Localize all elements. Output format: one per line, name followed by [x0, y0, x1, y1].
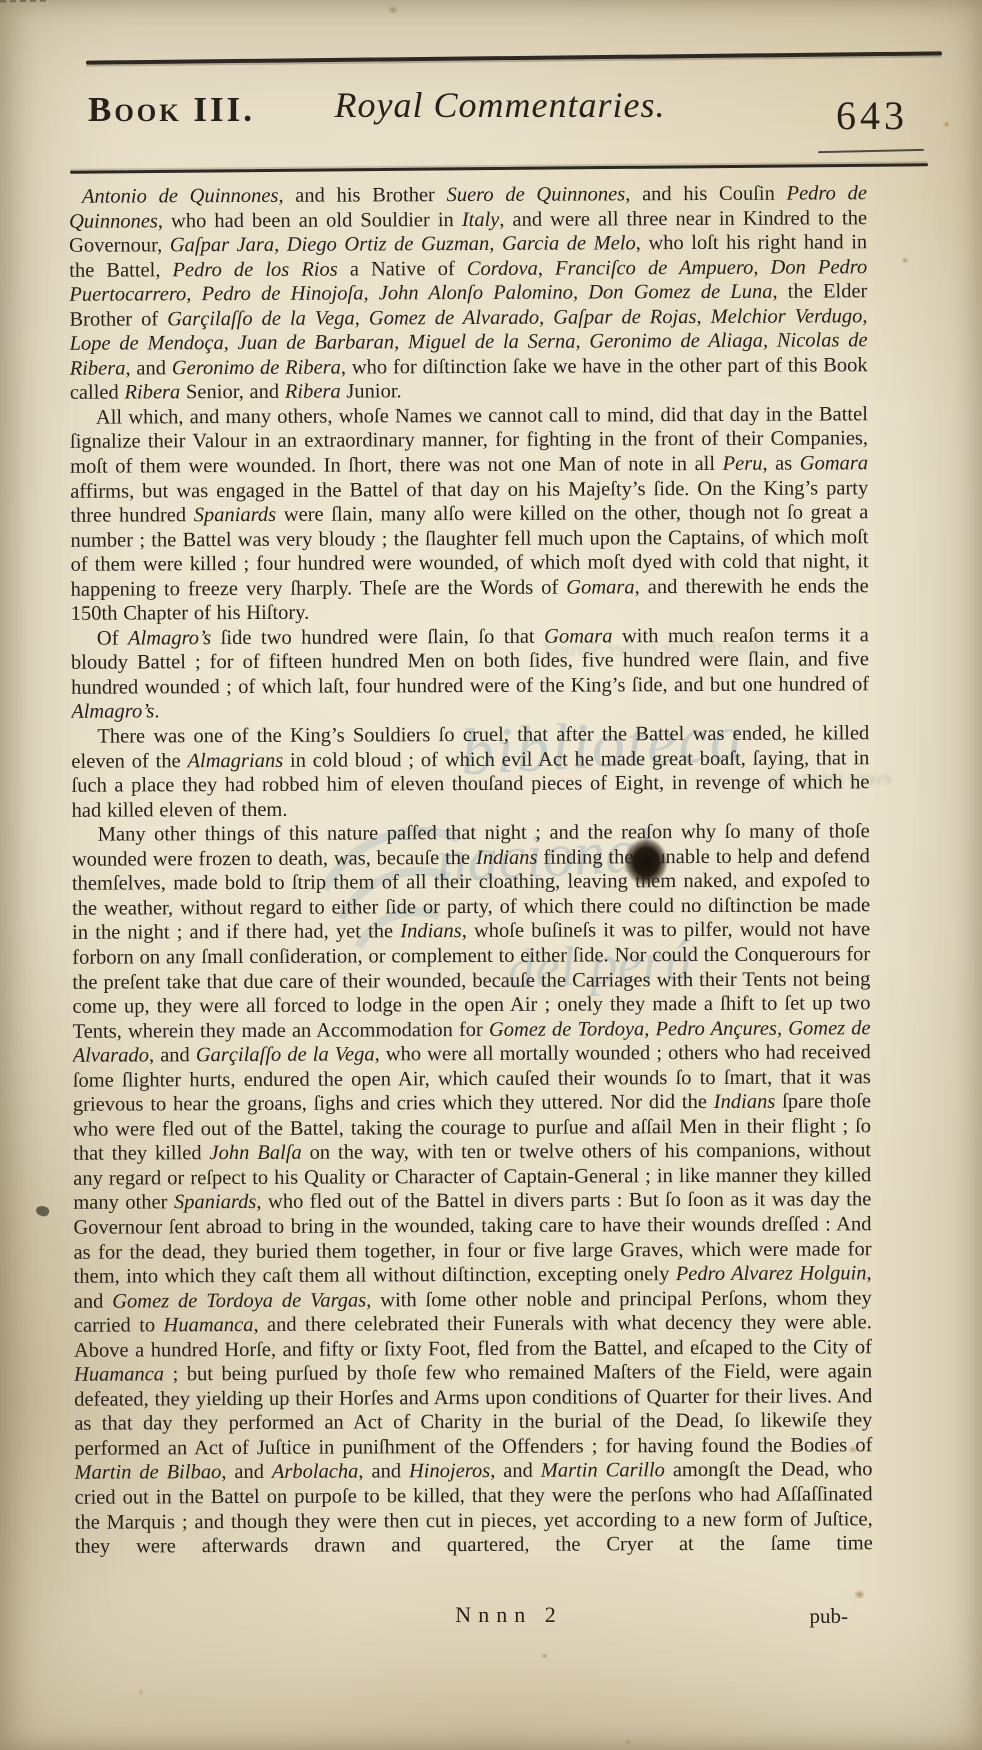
paragraph: Antonio de Quinnones, and his Brother Su…: [69, 181, 868, 405]
gathering-signature: Nnnn 2: [455, 1602, 562, 1628]
italic-run: Huamanca: [163, 1314, 253, 1336]
text-run: Of: [97, 627, 128, 649]
italic-run: Ribera: [285, 381, 341, 403]
italic-run: Antonio de Quinnones: [82, 185, 279, 208]
fox-spot: [136, 1688, 146, 1697]
text-run: , and: [221, 1461, 272, 1483]
italic-run: Peru: [723, 453, 763, 475]
italic-run: Gomez de Tordoya de Vargas: [112, 1289, 366, 1312]
text-run: Junior.: [341, 381, 402, 403]
ink-blot: [618, 831, 674, 893]
italic-run: Almagrians: [187, 749, 283, 771]
italic-run: Italy: [462, 208, 500, 230]
page-header: Book III. Royal Commentaries. 643: [0, 84, 982, 154]
text-run: , and: [358, 1461, 409, 1483]
italic-run: Pedro de los Rios: [172, 258, 337, 281]
italic-run: Gomara: [566, 576, 634, 598]
book-page: Book III. Royal Commentaries. 643 biblio…: [0, 0, 982, 1750]
text-run: , and his Brother: [278, 184, 446, 207]
catchword: pub-: [810, 1604, 849, 1629]
page-number: 643: [836, 92, 908, 139]
text-run: .: [154, 701, 159, 723]
text-run: , and: [125, 357, 171, 379]
fox-spot: [942, 120, 951, 129]
text-run: , and: [490, 1460, 541, 1482]
fox-spot: [292, 1470, 300, 1478]
italic-run: Almagro’s: [71, 701, 154, 723]
header-top-rule: [86, 51, 942, 64]
italic-run: Indians: [476, 846, 538, 868]
text-run: ,: [538, 257, 555, 279]
text-run: , who had been an old Souldier in: [158, 209, 462, 232]
header-bottom-rule: [70, 163, 928, 173]
italic-run: Gomara: [800, 452, 868, 474]
italic-run: Suero de Quinnones: [447, 183, 626, 206]
text-run: a Native of: [338, 258, 467, 281]
book-label: Book III.: [88, 90, 255, 130]
italic-run: Pedro Alvarez Holguin: [676, 1262, 867, 1285]
text-run: ; but being purſued by thoſe few who rem…: [74, 1361, 872, 1460]
italic-run: Indians: [400, 920, 462, 942]
text-run: , as: [762, 453, 799, 475]
italic-run: Hinojeros: [409, 1460, 490, 1482]
italic-run: Arbolacha: [272, 1461, 359, 1483]
text-run: , and his Couſin: [625, 183, 786, 206]
text-run: ſide two hundred were ſlain, ſo that: [211, 626, 544, 649]
fox-spot: [847, 1444, 859, 1455]
margin-ink-spot: [35, 1204, 51, 1218]
italic-run: John Balſa: [209, 1142, 301, 1164]
italic-run: Martin Carillo: [541, 1460, 665, 1483]
italic-run: Garçilaſſo de la Vega: [196, 1044, 375, 1067]
italic-run: Spaniards: [194, 504, 276, 526]
italic-run: Huamanca: [74, 1364, 164, 1386]
fox-spot: [540, 1652, 549, 1660]
italic-run: Martin de Bilbao: [74, 1462, 221, 1485]
rule-dashes: [0, 0, 46, 2]
paragraph: All which, and many others, whoſe Names …: [70, 402, 869, 626]
fox-spot: [386, 4, 400, 16]
italic-run: Gomara: [544, 625, 612, 647]
fox-spot: [624, 1738, 632, 1746]
italic-run: Cordova: [467, 257, 538, 279]
italic-run: Geronimo de Ribera: [172, 356, 341, 379]
italic-run: Ribera: [124, 382, 180, 404]
paragraph: There was one of the King’s Souldiers ſo…: [71, 721, 869, 823]
body-text: Antonio de Quinnones, and his Brother Su…: [69, 181, 873, 1614]
text-run: , and: [149, 1044, 196, 1066]
footer-line: Nnnn 2 pub-: [72, 1602, 870, 1636]
paragraph: Many other things of this nature paſſed …: [72, 819, 873, 1559]
italic-run: Almagro’s: [128, 627, 211, 649]
fox-spot: [852, 1588, 867, 1601]
paragraph: Of Almagro’s ſide two hundred were ſlain…: [71, 623, 869, 725]
fox-spot: [900, 256, 910, 265]
running-title: Royal Commentaries.: [300, 84, 700, 126]
italic-run: Indians: [714, 1091, 776, 1113]
italic-run: Spaniards: [174, 1191, 256, 1213]
text-run: Senior, and: [180, 381, 285, 403]
italic-run: Gaſpar Jara, Diego Ortiz de Guzman, Garc…: [170, 232, 636, 256]
